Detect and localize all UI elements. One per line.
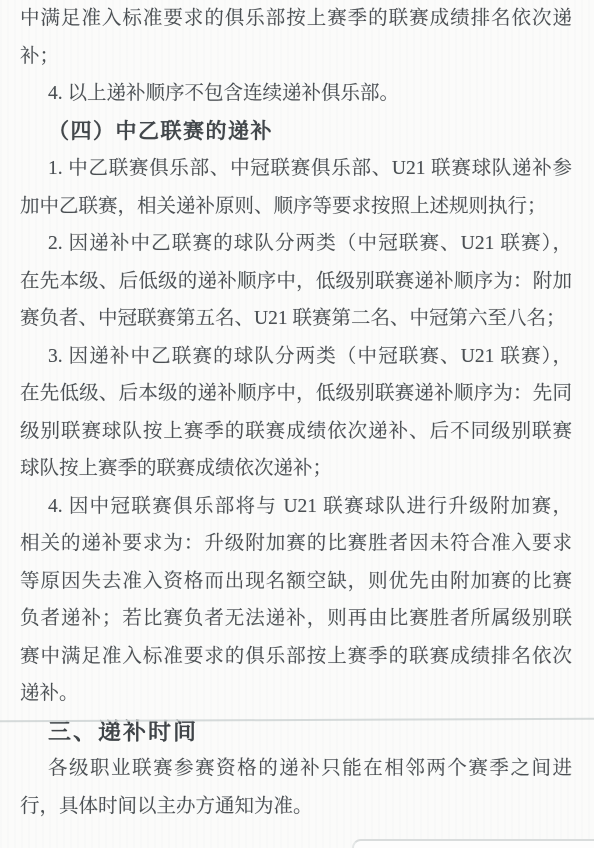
document-page: 中满足准入标准要求的俱乐部按上赛季的联赛成绩排名依次递补；4. 以上递补顺序不包…	[0, 0, 594, 848]
text-line: 行，具体时间以主办方通知为准。	[20, 788, 572, 826]
text-line: 中满足准入标准要求的俱乐部按上赛季的联赛成绩排名依次递	[20, 0, 572, 38]
text-line: 4. 因中冠联赛俱乐部将与 U21 联赛球队进行升级附加赛，	[20, 488, 572, 526]
text-line: 赛中满足准入标准要求的俱乐部按上赛季的联赛成绩排名依次	[20, 638, 572, 676]
heading-line: （四）中乙联赛的递补	[20, 113, 572, 151]
bottom-corner-artifact	[352, 839, 594, 848]
body-paragraph-time: 各级职业联赛参赛资格的递补只能在相邻两个赛季之间进行，具体时间以主办方通知为准。	[20, 750, 572, 825]
text-line: 加中乙联赛，相关递补原则、顺序等要求按照上述规则执行；	[20, 188, 572, 226]
text-line: 级别联赛球队按上赛季的联赛成绩依次递补、后不同级别联赛	[20, 413, 572, 451]
text-line: 递补。	[20, 675, 572, 713]
text-line: 球队按上赛季的联赛成绩依次递补；	[20, 450, 572, 488]
text-line: 等原因失去准入资格而出现名额空缺，则优先由附加赛的比赛	[20, 563, 572, 601]
body-paragraph-item2: 2. 因递补中乙联赛的球队分两类（中冠联赛、U21 联赛），在先本级、后低级的递…	[20, 225, 572, 338]
text-line: 相关的递补要求为：升级附加赛的比赛胜者因未符合准入要求	[20, 525, 572, 563]
text-line: 4. 以上递补顺序不包含连续递补俱乐部。	[20, 75, 572, 113]
text-line: 负者递补；若比赛负者无法递补，则再由比赛胜者所属级别联	[20, 600, 572, 638]
section-heading-4: （四）中乙联赛的递补	[20, 113, 572, 151]
text-line: 各级职业联赛参赛资格的递补只能在相邻两个赛季之间进	[20, 750, 572, 788]
body-paragraph-item4: 4. 以上递补顺序不包含连续递补俱乐部。	[20, 75, 572, 113]
text-line: 在先本级、后低级的递补顺序中，低级别联赛递补顺序为：附加	[20, 263, 572, 301]
text-line: 1. 中乙联赛俱乐部、中冠联赛俱乐部、U21 联赛球队递补参	[20, 150, 572, 188]
text-line: 3. 因递补中乙联赛的球队分两类（中冠联赛、U21 联赛），	[20, 338, 572, 376]
body-paragraph-item3: 3. 因递补中乙联赛的球队分两类（中冠联赛、U21 联赛），在先低级、后本级的递…	[20, 338, 572, 488]
document-content: 中满足准入标准要求的俱乐部按上赛季的联赛成绩排名依次递补；4. 以上递补顺序不包…	[20, 0, 572, 825]
text-line: 在先低级、后本级的递补顺序中，低级别联赛递补顺序为：先同	[20, 375, 572, 413]
text-line: 赛负者、中冠联赛第五名、U21 联赛第二名、中冠第六至八名；	[20, 300, 572, 338]
body-paragraph-item4b: 4. 因中冠联赛俱乐部将与 U21 联赛球队进行升级附加赛，相关的递补要求为：升…	[20, 488, 572, 713]
body-paragraph-continuation: 中满足准入标准要求的俱乐部按上赛季的联赛成绩排名依次递补；	[20, 0, 572, 75]
text-line: 2. 因递补中乙联赛的球队分两类（中冠联赛、U21 联赛），	[20, 225, 572, 263]
body-paragraph-item1: 1. 中乙联赛俱乐部、中冠联赛俱乐部、U21 联赛球队递补参加中乙联赛，相关递补…	[20, 150, 572, 225]
text-line: 补；	[20, 38, 572, 76]
